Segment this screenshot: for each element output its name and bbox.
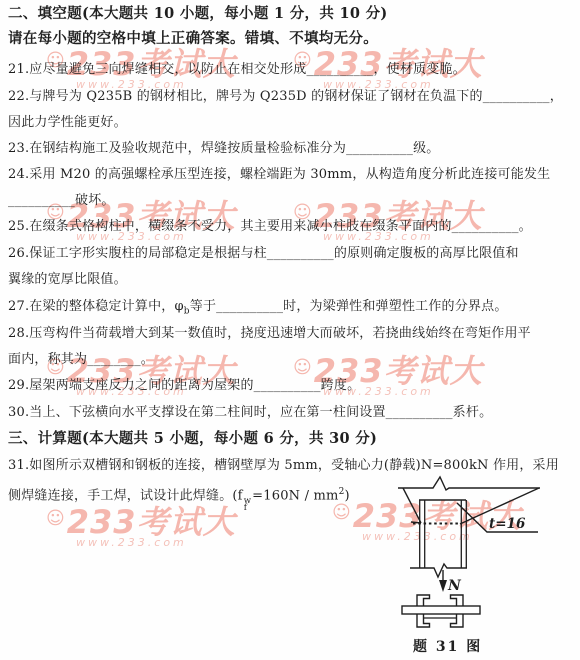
thickness-label: t=16 — [489, 516, 526, 532]
question-25: 25.在缀条式格构柱中，横缀条不受力，其主要用来减小柱肢在缀条平面内的_____… — [8, 219, 532, 234]
question-27: 27.在梁的整体稳定计算中，φb等于__________时，为梁弹性和弹塑性工作… — [8, 299, 508, 320]
question-28-line2: 面内，称其为________。 — [8, 352, 154, 367]
cross-section-plate — [402, 606, 480, 614]
question-31-line2: 侧焊缝连接，手工焊，试设计此焊缝。(fwf=160N / mm2) — [8, 485, 350, 512]
formula-subscript-f: f — [244, 505, 247, 512]
question-31-figure: N t=16 — [388, 474, 560, 656]
question-31-formula-mid: =160N / mm — [252, 488, 338, 503]
question-27-pre: 27.在梁的整体稳定计算中，φ — [8, 299, 184, 314]
section3-heading: 三、计算题(本大题共 5 小题，每小题 6 分，共 30 分) — [8, 431, 377, 446]
question-24-line2: __________破坏。 — [8, 193, 115, 208]
channel-web-lines — [420, 500, 467, 568]
section2-heading: 二、填空题(本大题共 10 小题，每小题 1 分，共 10 分) — [8, 6, 388, 21]
question-21: 21.应尽量避免三向焊缝相交，以防止在相交处形成__________，使材质变脆… — [8, 62, 466, 77]
question-22-line1: 22.与牌号为 Q235B 的钢材相比，牌号为 Q235D 的钢材保证了钢材在负… — [8, 89, 563, 104]
gusset-top-edge-with-break — [398, 477, 540, 490]
question-26-line2: 翼缘的宽厚比限值。 — [8, 272, 127, 287]
question-28-line1: 28.压弯构件当荷载增大到某一数值时，挠度迅速增大而破坏，若挠曲线始终在弯矩作用… — [8, 326, 531, 341]
question-30: 30.当上、下弦横向水平支撑设在第二柱间时，应在第一柱间设置__________… — [8, 405, 492, 420]
smiley-icon: ☺ — [293, 357, 313, 378]
question-22-line2: 因此力学性能更好。 — [8, 115, 127, 130]
gusset-left-edge — [403, 488, 421, 523]
force-arrow-head — [439, 580, 447, 592]
weld-strength-symbol: wf — [244, 498, 251, 512]
question-24-line1: 24.采用 M20 的高强螺栓承压型连接，螺栓端距为 30mm，从构造角度分析此… — [8, 167, 550, 182]
question-31-line1: 31.如图所示双槽钢和钢板的连接，槽钢壁厚为 5mm，受轴心力(静载)N=800… — [8, 458, 559, 473]
watermark-url: www.233.com — [76, 536, 236, 549]
question-31-line2-pre: 侧焊缝连接，手工焊，试设计此焊缝。(f — [8, 488, 243, 503]
question-29: 29.屋架两端支座反力之间的距离为屋架的__________跨度。 — [8, 378, 360, 393]
channel-bottom-edge-with-break — [410, 564, 467, 577]
figure-caption: 题 31 图 — [413, 636, 482, 656]
question-27-post: 等于__________时，为梁弹性和弹塑性工作的分界点。 — [190, 299, 508, 314]
question-31-line2-post: ) — [345, 488, 350, 503]
force-label: N — [447, 578, 462, 594]
question-23: 23.在钢结构施工及验收规范中，焊缝按质量检验标准分为__________级。 — [8, 141, 439, 156]
exam-document-page: ☺233考试大 www.233.com ☺233考试大 www.233.com … — [0, 0, 580, 660]
question-26-line1: 26.保证工字形实腹柱的局部稳定是根据与柱__________的原则确定腹板的高… — [8, 246, 519, 261]
section2-note: 请在每小题的空格中填上正确答案。错填、不填均无分。 — [8, 31, 378, 46]
